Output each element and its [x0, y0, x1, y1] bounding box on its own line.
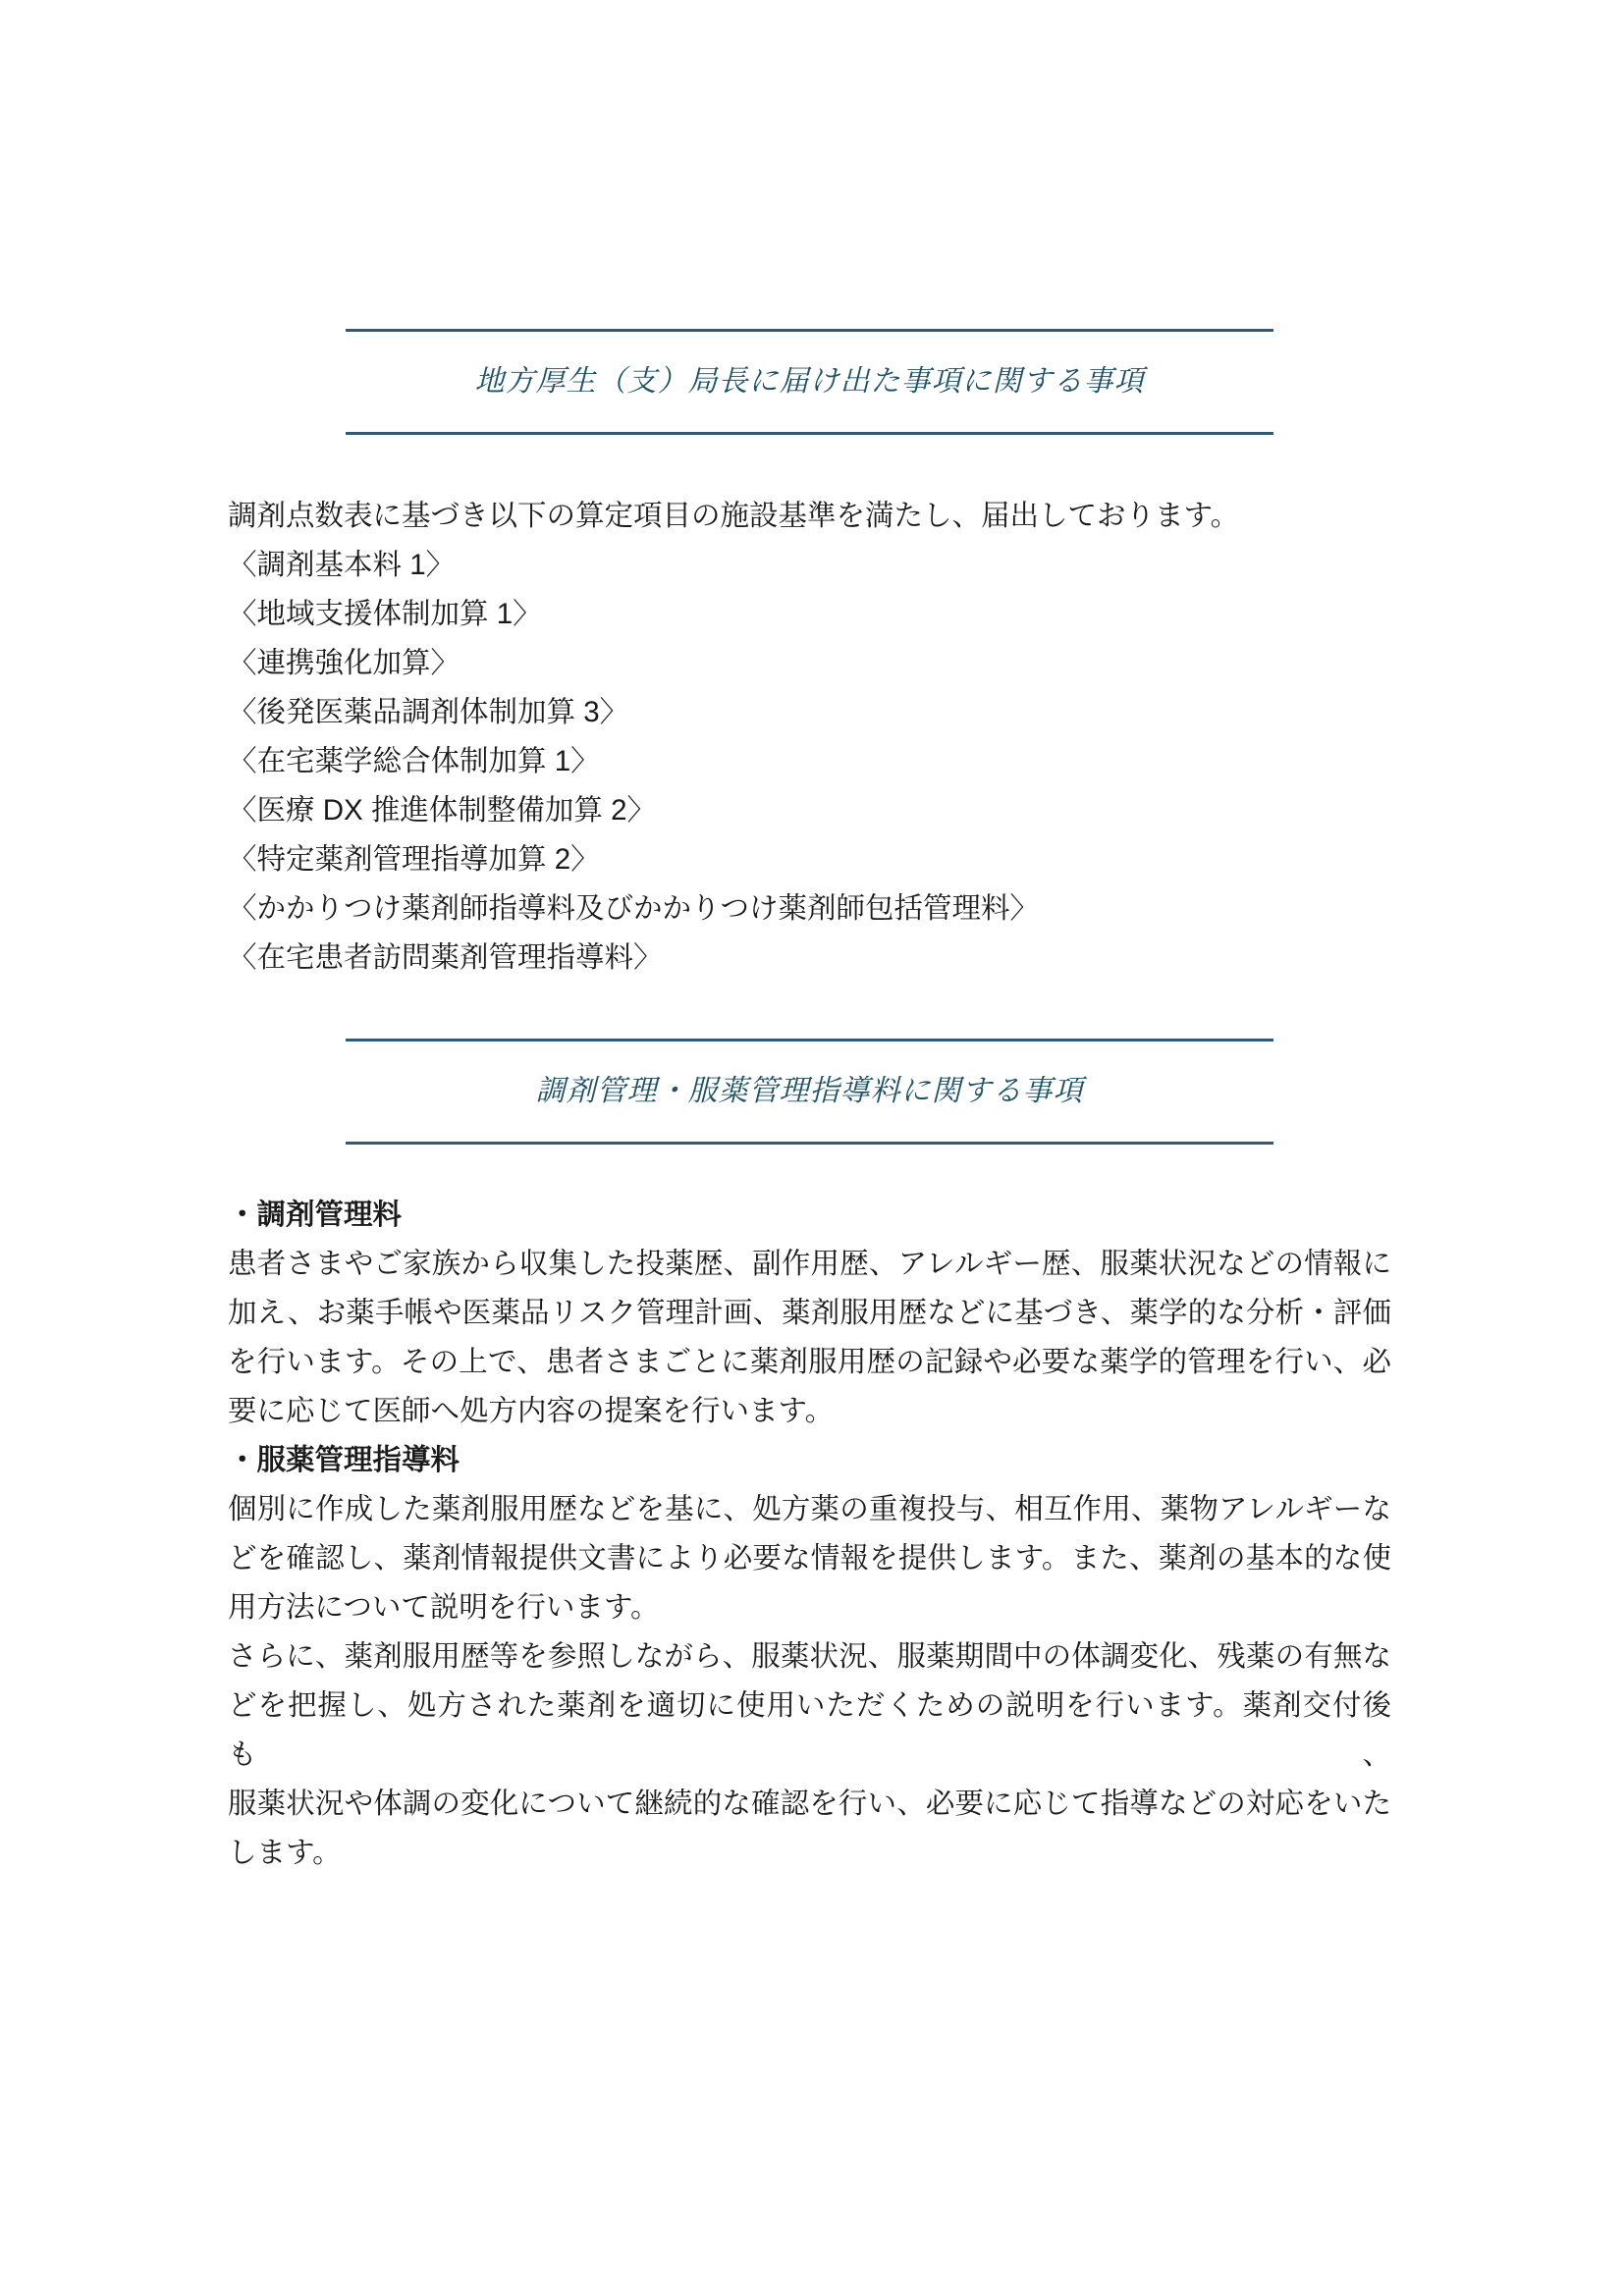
management-sections: ・調剤管理料 患者さまやご家族から収集した投薬歴、副作用歴、アレルギー歴、服薬状… [228, 1191, 1391, 1878]
text-line: 要に応じて医師へ処方内容の提案を行います。 [228, 1387, 1391, 1436]
banner-title-management: 調剤管理・服薬管理指導料に関する事項 [346, 1067, 1273, 1116]
text-line: 服薬状況や体調の変化について継続的な確認を行い、必要に応じて指導などの対応をいた [228, 1780, 1391, 1829]
filed-item: 〈調剤基本料 1〉 [228, 541, 1391, 590]
text-line: 患者さまやご家族から収集した投薬歴、副作用歴、アレルギー歴、服薬状況などの情報に [228, 1240, 1391, 1289]
filed-items-list: 〈調剤基本料 1〉〈地域支援体制加算 1〉〈連携強化加算〉〈後発医薬品調剤体制加… [228, 541, 1391, 983]
text-line: 個別に作成した薬剤服用歴などを基に、処方薬の重複投与、相互作用、薬物アレルギーな [228, 1485, 1391, 1534]
text-line: どを確認し、薬剤情報提供文書により必要な情報を提供します。また、薬剤の基本的な使 [228, 1534, 1391, 1583]
filing-intro-text: 調剤点数表に基づき以下の算定項目の施設基準を満たし、届出しております。 [228, 492, 1391, 541]
text-line: どを把握し、処方された薬剤を適切に使用いただくための説明を行います。薬剤交付後も… [228, 1682, 1391, 1780]
filed-item: 〈連携強化加算〉 [228, 639, 1391, 688]
filing-block: 調剤点数表に基づき以下の算定項目の施設基準を満たし、届出しております。 〈調剤基… [228, 492, 1391, 983]
banner-title-filed-items: 地方厚生（支）局長に届け出た事項に関する事項 [346, 357, 1273, 406]
text-line: 加え、お薬手帳や医薬品リスク管理計画、薬剤服用歴などに基づき、薬学的な分析・評価 [228, 1289, 1391, 1338]
filed-item: 〈後発医薬品調剤体制加算 3〉 [228, 688, 1391, 737]
paragraph-dispensing-management: 患者さまやご家族から収集した投薬歴、副作用歴、アレルギー歴、服薬状況などの情報に… [228, 1240, 1391, 1436]
filed-item: 〈在宅薬学総合体制加算 1〉 [228, 737, 1391, 786]
filed-item: 〈在宅患者訪問薬剤管理指導料〉 [228, 934, 1391, 983]
filed-item: 〈特定薬剤管理指導加算 2〉 [228, 835, 1391, 884]
document-page: 地方厚生（支）局長に届け出た事項に関する事項 調剤点数表に基づき以下の算定項目の… [0, 0, 1624, 2296]
section-heading-medication-guidance-fee: ・服薬管理指導料 [228, 1436, 1391, 1485]
section-heading-dispensing-management-fee: ・調剤管理料 [228, 1191, 1391, 1240]
filed-item: 〈かかりつけ薬剤師指導料及びかかりつけ薬剤師包括管理料〉 [228, 884, 1391, 934]
text-line: を行います。その上で、患者さまごとに薬剤服用歴の記録や必要な薬学的管理を行い、必 [228, 1338, 1391, 1387]
filed-item: 〈地域支援体制加算 1〉 [228, 590, 1391, 639]
text-line: 用方法について説明を行います。 [228, 1583, 1391, 1632]
section-banner-filed-items: 地方厚生（支）局長に届け出た事項に関する事項 [346, 329, 1273, 435]
paragraph-medication-guidance-2: さらに、薬剤服用歴等を参照しながら、服薬状況、服薬期間中の体調変化、残薬の有無な… [228, 1632, 1391, 1878]
text-line: します。 [228, 1829, 1391, 1878]
filed-item: 〈医療 DX 推進体制整備加算 2〉 [228, 786, 1391, 835]
section-banner-management: 調剤管理・服薬管理指導料に関する事項 [346, 1039, 1273, 1145]
text-line: さらに、薬剤服用歴等を参照しながら、服薬状況、服薬期間中の体調変化、残薬の有無な [228, 1632, 1391, 1682]
document-content: 地方厚生（支）局長に届け出た事項に関する事項 調剤点数表に基づき以下の算定項目の… [228, 329, 1391, 1878]
paragraph-medication-guidance-1: 個別に作成した薬剤服用歴などを基に、処方薬の重複投与、相互作用、薬物アレルギーな… [228, 1485, 1391, 1632]
